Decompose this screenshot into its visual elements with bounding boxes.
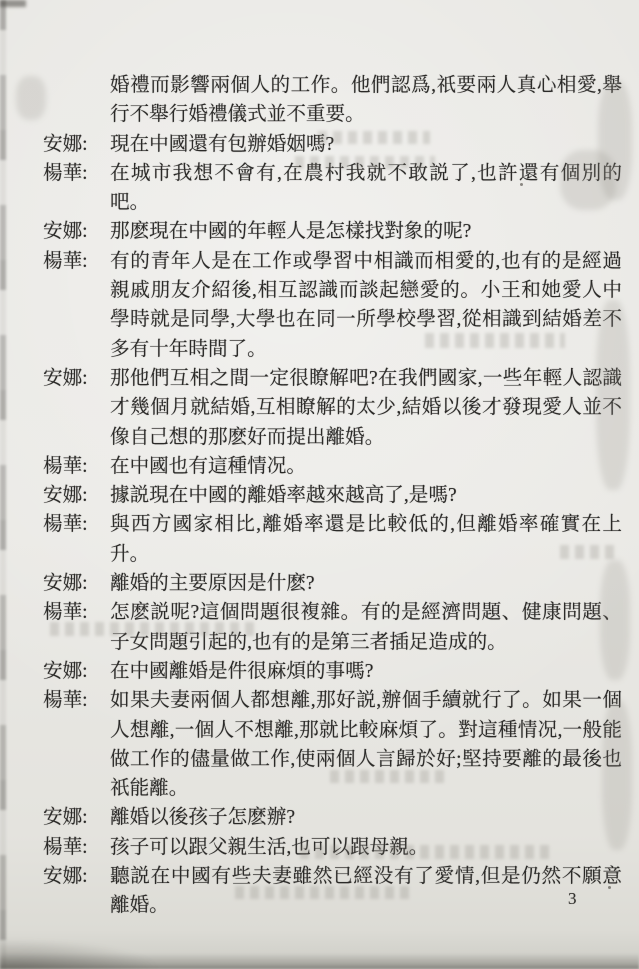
bleed-through-mark xyxy=(295,156,435,169)
dialogue-text: 在中國也有這種情况。 xyxy=(110,456,306,477)
speaker-label: 安娜: xyxy=(43,481,88,510)
scan-edge-shadow xyxy=(0,0,26,7)
scan-edge-shadow xyxy=(0,0,6,969)
dialogue-turn: 安娜: 那他們互相之間一定很瞭解吧?在我們國家,一些年輕人認識才幾個月就結婚,互… xyxy=(0,364,622,452)
dialogue-text: 離婚的主要原因是什麽? xyxy=(110,573,315,594)
dialogue-text: 婚禮而影響兩個人的工作。他們認爲,祇要兩人真心相愛,舉行不舉行婚禮儀式並不重要。 xyxy=(110,75,622,125)
dialogue-text: 在城市我想不會有,在農村我就不敢説了,也許還有個別的吧。 xyxy=(110,163,622,213)
speaker-label: 楊華: xyxy=(43,247,88,276)
dialogue-text: 那麽現在中國的年輕人是怎樣找對象的呢? xyxy=(110,221,471,242)
dialogue-turn: 安娜: 離婚的主要原因是什麽? xyxy=(0,569,622,598)
bleed-through-mark xyxy=(602,700,632,850)
bleed-through-mark xyxy=(300,845,555,859)
speaker-label: 楊華: xyxy=(43,686,88,715)
dialogue-turn: 楊華: 在中國也有這種情况。 xyxy=(0,452,622,481)
speaker-label: 安娜: xyxy=(43,364,88,393)
dialogue-text: 在中國離婚是件很麻煩的事嗎? xyxy=(110,661,373,682)
bleed-through-mark xyxy=(50,622,255,636)
scan-speck xyxy=(608,886,611,889)
bleed-through-mark xyxy=(330,770,450,783)
bleed-through-mark xyxy=(560,545,620,559)
dialogue-turn: 安娜: 離婚以後孩子怎麽辦? xyxy=(0,803,622,832)
dialogue: 婚禮而影響兩個人的工作。他們認爲,祇要兩人真心相愛,舉行不舉行婚禮儀式並不重要。… xyxy=(0,71,622,921)
speaker-label: 安娜: xyxy=(43,217,88,246)
bleed-through-mark xyxy=(425,333,565,348)
speaker-label: 安娜: xyxy=(43,569,88,598)
dialogue-text: 離婚以後孩子怎麽辦? xyxy=(110,807,295,828)
bleed-through-mark xyxy=(16,76,46,120)
bleed-through-mark xyxy=(235,886,410,899)
page-number: 3 xyxy=(568,889,577,909)
dialogue-text: 據説現在中國的離婚率越來越高了,是嗎? xyxy=(110,485,457,506)
scanned-textbook-page: 婚禮而影響兩個人的工作。他們認爲,祇要兩人真心相愛,舉行不舉行婚禮儀式並不重要。… xyxy=(0,0,639,969)
speaker-label: 安娜: xyxy=(43,130,88,159)
dialogue-turn: 安娜: 在中國離婚是件很麻煩的事嗎? xyxy=(0,657,622,686)
dialogue-text: 那他們互相之間一定很瞭解吧?在我們國家,一些年輕人認識才幾個月就結婚,互相瞭解的… xyxy=(110,368,622,448)
bleed-through-mark xyxy=(596,300,630,490)
dialogue-text: 現在中國還有包辦婚姻嗎? xyxy=(110,134,334,155)
scan-speck xyxy=(520,183,523,186)
speaker-label: 楊華: xyxy=(43,452,88,481)
dialogue-turn: 安娜: 現在中國還有包辦婚姻嗎? xyxy=(0,130,622,159)
speaker-label: 安娜: xyxy=(43,803,88,832)
speaker-label: 安娜: xyxy=(43,862,88,891)
bleed-through-mark xyxy=(600,560,630,680)
scan-edge-shadow xyxy=(0,939,160,969)
speaker-label: 楊華: xyxy=(43,833,88,862)
dialogue-turn: 安娜: 那麽現在中國的年輕人是怎樣找對象的呢? xyxy=(0,217,622,246)
bleed-through-mark xyxy=(560,150,616,210)
speaker-label: 楊華: xyxy=(43,159,88,188)
bleed-through-mark xyxy=(318,131,430,144)
dialogue-turn: 安娜: 據説現在中國的離婚率越來越高了,是嗎? xyxy=(0,481,622,510)
dialogue-text: 與西方國家相比,離婚率還是比較低的,但離婚率確實在上升。 xyxy=(110,514,622,564)
speaker-label: 楊華: xyxy=(43,510,88,539)
dialogue-turn: 楊華: 如果夫妻兩個人都想離,那好説,辦個手續就行了。如果一個人想離,一個人不想… xyxy=(0,686,622,803)
speaker-label: 安娜: xyxy=(43,657,88,686)
dialogue-turn: 婚禮而影響兩個人的工作。他們認爲,祇要兩人真心相愛,舉行不舉行婚禮儀式並不重要。 xyxy=(0,71,622,130)
dialogue-turn: 楊華: 與西方國家相比,離婚率還是比較低的,但離婚率確實在上升。 xyxy=(0,510,622,569)
